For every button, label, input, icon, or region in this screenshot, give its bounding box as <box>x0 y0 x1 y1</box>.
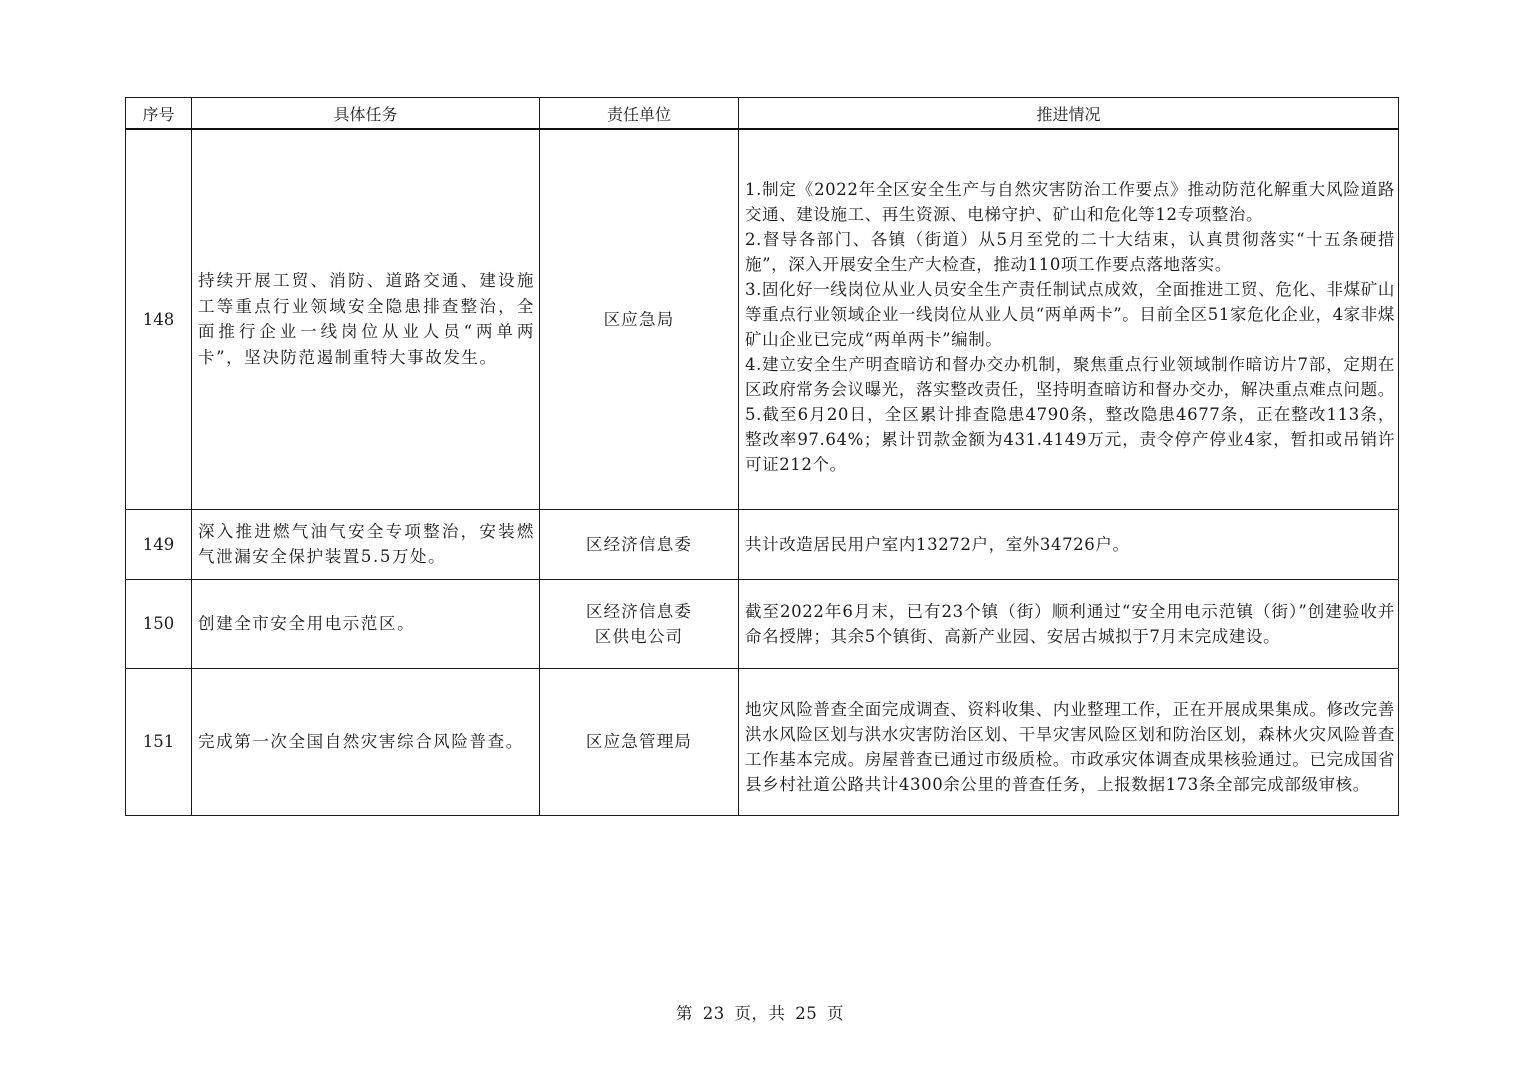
document-page: 序号 具体任务 责任单位 推进情况 148 持续开展工贸、消防、道路交通、建设施… <box>0 0 1520 1074</box>
row-serial-number: 151 <box>126 668 192 815</box>
table-header: 序号 具体任务 责任单位 推进情况 <box>126 98 1399 130</box>
unit-name: 区应急管理局 <box>540 729 738 754</box>
task-progress-table: 序号 具体任务 责任单位 推进情况 148 持续开展工贸、消防、道路交通、建设施… <box>125 97 1399 816</box>
progress-item: 1.制定《2022年全区安全生产与自然灾害防治工作要点》推动防范化解重大风险道路… <box>745 177 1395 227</box>
progress-item: 3.固化好一线岗位从业人员安全生产责任制试点成效，全面推进工贸、危化、非煤矿山等… <box>745 277 1395 352</box>
header-specific-task: 具体任务 <box>192 98 540 130</box>
page-number-footer: 第 23 页，共 25 页 <box>0 1000 1520 1024</box>
row-serial-number: 150 <box>126 579 192 668</box>
row-progress: 共计改造居民用户室内13272户，室外34726户。 <box>739 509 1399 579</box>
table-row: 149 深入推进燃气油气安全专项整治，安装燃气泄漏安全保护装置5.5万处。 区经… <box>126 509 1399 579</box>
progress-item: 截至2022年6月末，已有23个镇（街）顺利通过“安全用电示范镇（街）”创建验收… <box>745 599 1395 649</box>
row-responsible-unit: 区应急局 <box>540 129 739 509</box>
header-progress: 推进情况 <box>739 98 1399 130</box>
progress-item: 4.建立安全生产明查暗访和督办交办机制，聚焦重点行业领域制作暗访片7部，定期在区… <box>745 352 1395 402</box>
header-responsible-unit: 责任单位 <box>540 98 739 130</box>
table-row: 148 持续开展工贸、消防、道路交通、建设施工等重点行业领域安全隐患排查整治，全… <box>126 129 1399 509</box>
progress-item: 5.截至6月20日，全区累计排查隐患4790条，整改隐患4677条，正在整改11… <box>745 402 1395 477</box>
progress-item: 2.督导各部门、各镇（街道）从5月至党的二十大结束，认真贯彻落实“十五条硬措施”… <box>745 227 1395 277</box>
row-serial-number: 149 <box>126 509 192 579</box>
row-responsible-unit: 区经济信息委 <box>540 509 739 579</box>
row-serial-number: 148 <box>126 129 192 509</box>
table-body: 148 持续开展工贸、消防、道路交通、建设施工等重点行业领域安全隐患排查整治，全… <box>126 129 1399 815</box>
row-task: 创建全市安全用电示范区。 <box>192 579 540 668</box>
table-row: 151 完成第一次全国自然灾害综合风险普查。 区应急管理局 地灾风险普查全面完成… <box>126 668 1399 815</box>
table-row: 150 创建全市安全用电示范区。 区经济信息委 区供电公司 截至2022年6月末… <box>126 579 1399 668</box>
progress-item: 共计改造居民用户室内13272户，室外34726户。 <box>745 532 1395 557</box>
unit-name: 区供电公司 <box>540 624 738 649</box>
row-progress: 1.制定《2022年全区安全生产与自然灾害防治工作要点》推动防范化解重大风险道路… <box>739 129 1399 509</box>
row-task: 持续开展工贸、消防、道路交通、建设施工等重点行业领域安全隐患排查整治，全面推行企… <box>192 129 540 509</box>
row-progress: 截至2022年6月末，已有23个镇（街）顺利通过“安全用电示范镇（街）”创建验收… <box>739 579 1399 668</box>
progress-item: 地灾风险普查全面完成调查、资料收集、内业整理工作，正在开展成果集成。修改完善洪水… <box>745 697 1395 797</box>
row-progress: 地灾风险普查全面完成调查、资料收集、内业整理工作，正在开展成果集成。修改完善洪水… <box>739 668 1399 815</box>
row-responsible-unit: 区应急管理局 <box>540 668 739 815</box>
unit-name: 区应急局 <box>540 307 738 332</box>
row-task: 深入推进燃气油气安全专项整治，安装燃气泄漏安全保护装置5.5万处。 <box>192 509 540 579</box>
header-serial-number: 序号 <box>126 98 192 130</box>
header-row: 序号 具体任务 责任单位 推进情况 <box>126 98 1399 130</box>
row-task: 完成第一次全国自然灾害综合风险普查。 <box>192 668 540 815</box>
row-responsible-unit: 区经济信息委 区供电公司 <box>540 579 739 668</box>
unit-name: 区经济信息委 <box>540 599 738 624</box>
unit-name: 区经济信息委 <box>540 532 738 557</box>
